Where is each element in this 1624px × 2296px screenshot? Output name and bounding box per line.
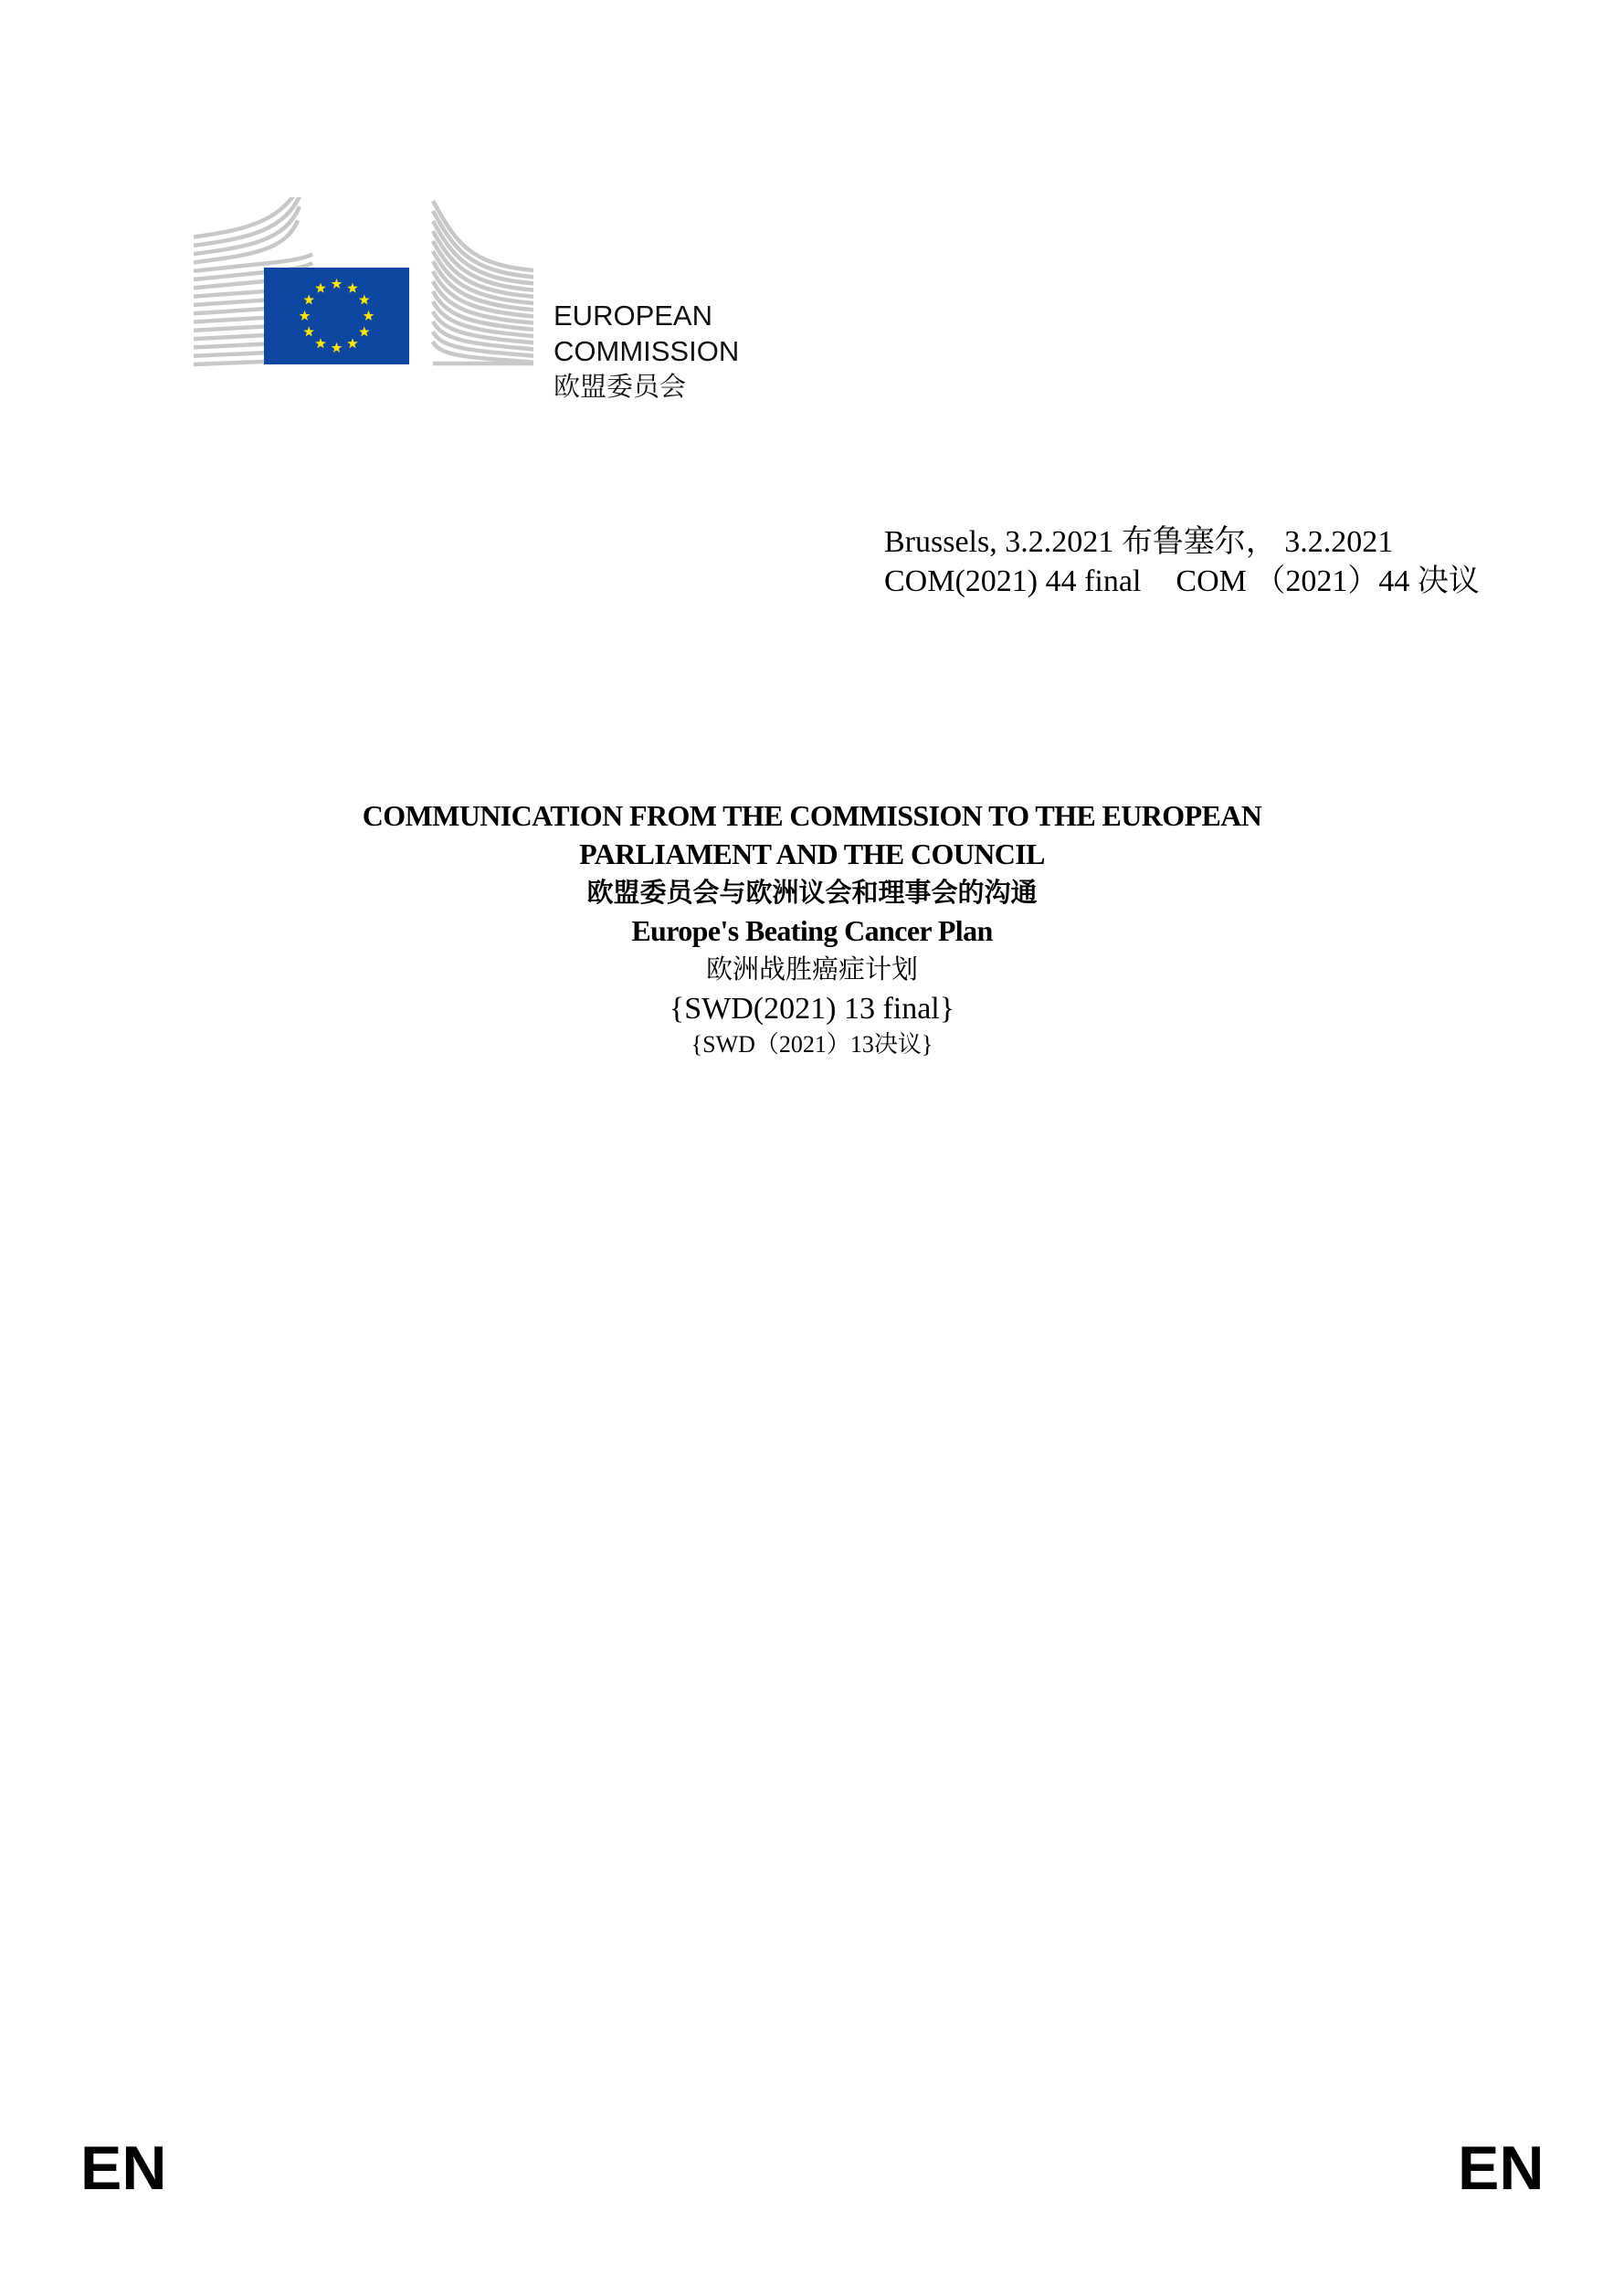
related-document-ref-chinese: {SWD（2021）13决议}	[0, 1028, 1624, 1061]
reference-en: COM(2021) 44 final	[884, 564, 1141, 598]
place-date-en: Brussels, 3.2.2021	[884, 525, 1113, 559]
document-meta: Brussels, 3.2.2021 布鲁塞尔， 3.2.2021 COM(20…	[884, 522, 1480, 601]
place-date-line: Brussels, 3.2.2021 布鲁塞尔， 3.2.2021	[884, 522, 1480, 562]
reference-line: COM(2021) 44 finalCOM （2021）44 决议	[884, 562, 1480, 601]
related-document-ref: {SWD(2021) 13 final}	[0, 989, 1624, 1028]
language-code-left: EN	[80, 2137, 166, 2199]
commission-building-icon	[194, 197, 533, 367]
org-name-line1: EUROPEAN	[554, 298, 739, 333]
title-line-1: COMMUNICATION FROM THE COMMISSION TO THE…	[0, 796, 1624, 835]
document-subject: Europe's Beating Cancer Plan	[0, 911, 1624, 950]
reference-zh: COM （2021）44 决议	[1176, 564, 1479, 598]
document-title-block: COMMUNICATION FROM THE COMMISSION TO THE…	[0, 796, 1624, 1061]
place-date-zh: 布鲁塞尔，	[1122, 525, 1277, 559]
title-line-2: PARLIAMENT AND THE COUNCIL	[0, 835, 1624, 873]
organization-name: EUROPEAN COMMISSION 欧盟委员会	[554, 298, 739, 405]
org-name-line2: COMMISSION	[554, 333, 739, 369]
org-name-chinese: 欧盟委员会	[554, 369, 739, 405]
language-code-right: EN	[1458, 2137, 1544, 2199]
document-subject-chinese: 欧洲战胜癌症计划	[0, 950, 1624, 989]
european-commission-logo	[194, 197, 533, 367]
date-zh: 3.2.2021	[1284, 525, 1393, 559]
title-chinese: 欧盟委员会与欧洲议会和理事会的沟通	[0, 873, 1624, 911]
